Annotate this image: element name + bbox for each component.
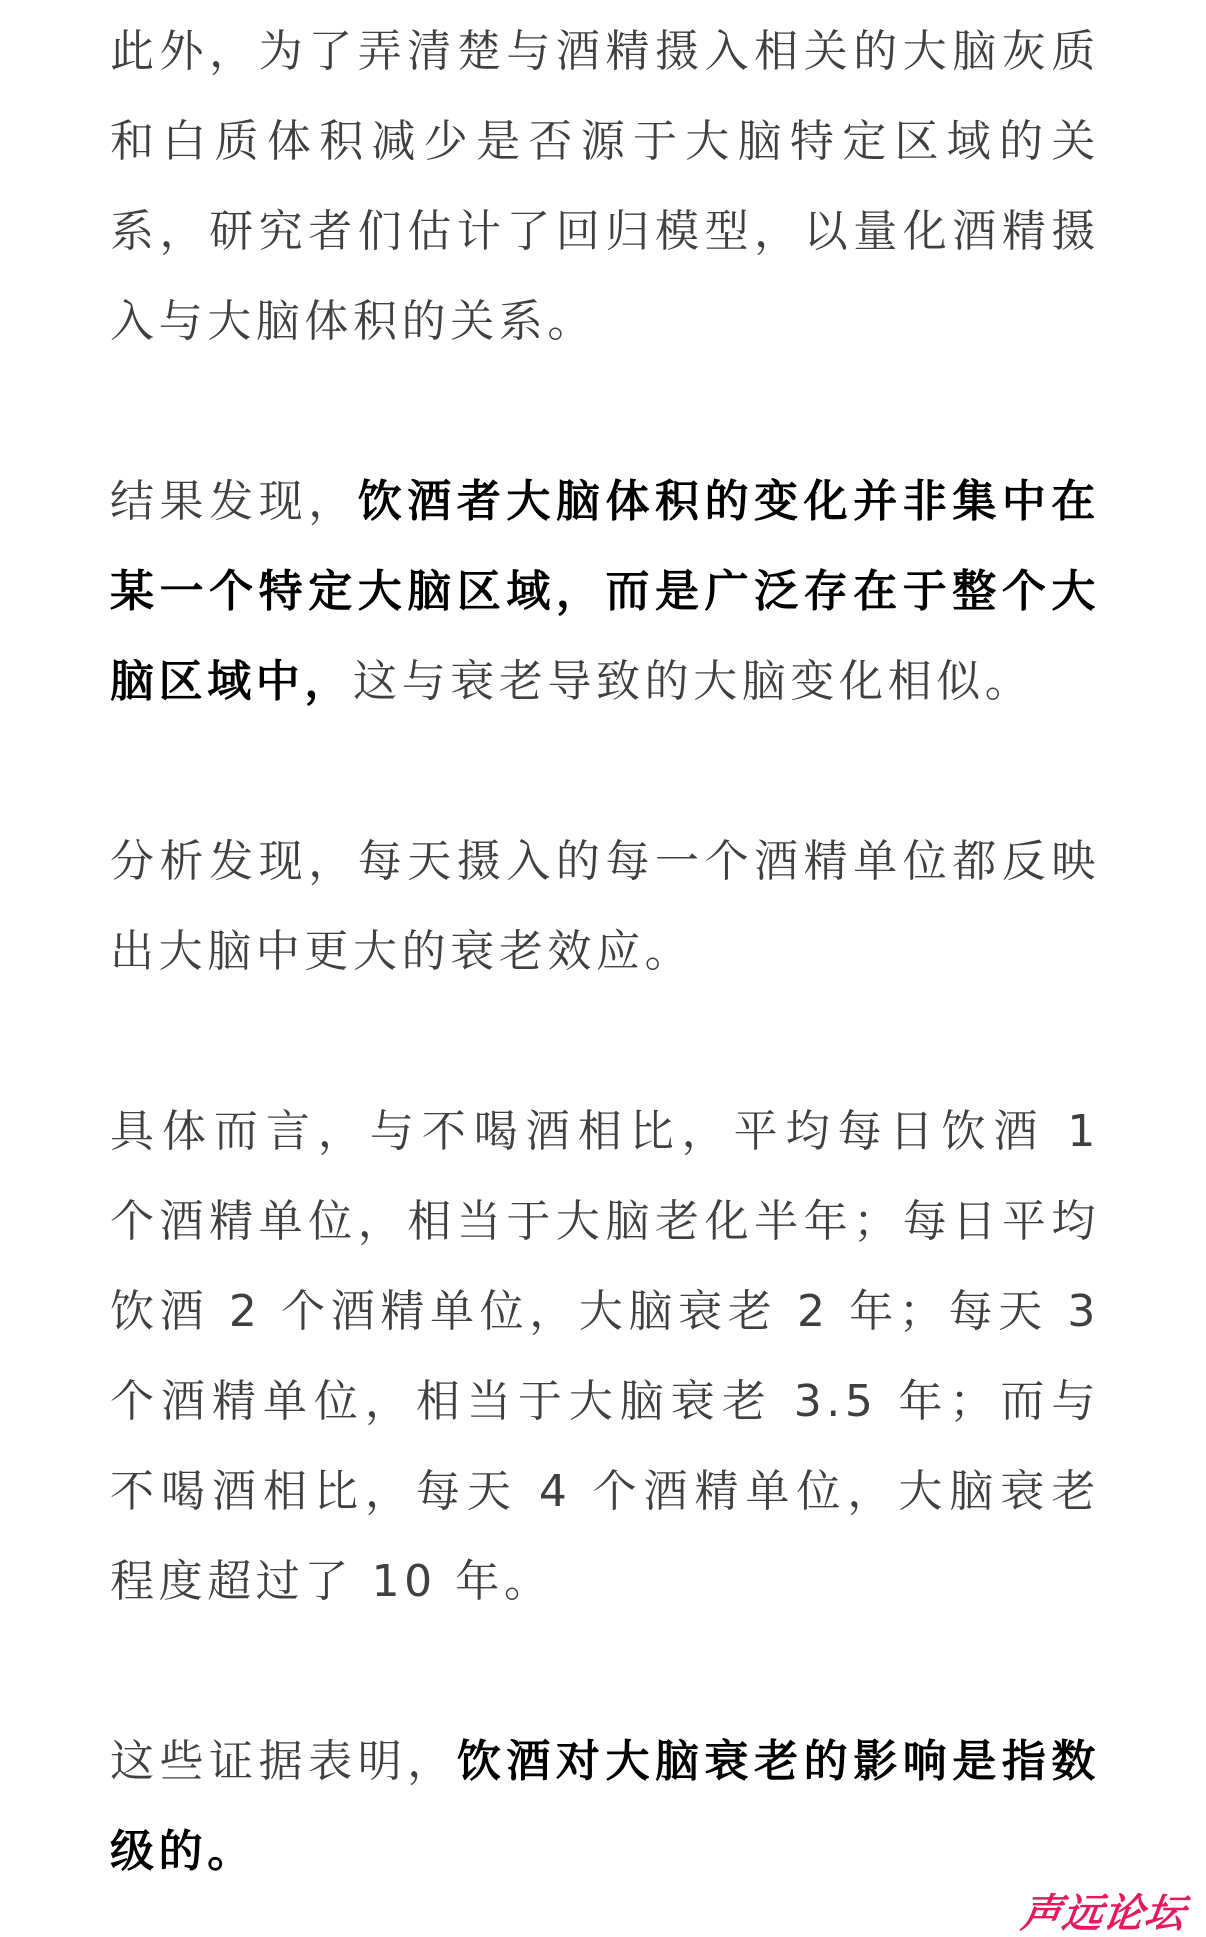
watermark-logo: 声远论坛 bbox=[1008, 1886, 1200, 1934]
paragraph-conclusion: 这些证据表明，饮酒对大脑衰老的影响是指数级的。 bbox=[110, 1717, 1100, 1897]
paragraph-text: 这与衰老导致的大脑变化相似。 bbox=[353, 656, 1033, 707]
paragraph-text: 结果发现， bbox=[110, 476, 358, 527]
paragraph-text: 分析发现，每天摄入的每一个酒精单位都反映出大脑中更大的衰老效应。 bbox=[110, 836, 1100, 977]
paragraph-text: 此外，为了弄清楚与酒精摄入相关的大脑灰质和白质体积减少是否源于大脑特定区域的关系… bbox=[110, 26, 1100, 347]
paragraph-text: 具体而言，与不喝酒相比，平均每日饮酒 1 个酒精单位，相当于大脑老化半年；每日平… bbox=[110, 1106, 1100, 1607]
paragraph-results: 结果发现，饮酒者大脑体积的变化并非集中在某一个特定大脑区域，而是广泛存在于整个大… bbox=[110, 457, 1100, 727]
paragraph-text: 这些证据表明， bbox=[110, 1736, 457, 1787]
paragraph-specifics: 具体而言，与不喝酒相比，平均每日饮酒 1 个酒精单位，相当于大脑老化半年；每日平… bbox=[110, 1087, 1100, 1627]
article-body: 此外，为了弄清楚与酒精摄入相关的大脑灰质和白质体积减少是否源于大脑特定区域的关系… bbox=[110, 7, 1100, 1897]
watermark-text: 声远论坛 bbox=[1018, 1882, 1190, 1937]
paragraph-analysis: 分析发现，每天摄入的每一个酒精单位都反映出大脑中更大的衰老效应。 bbox=[110, 817, 1100, 997]
paragraph-regression-model: 此外，为了弄清楚与酒精摄入相关的大脑灰质和白质体积减少是否源于大脑特定区域的关系… bbox=[110, 7, 1100, 367]
